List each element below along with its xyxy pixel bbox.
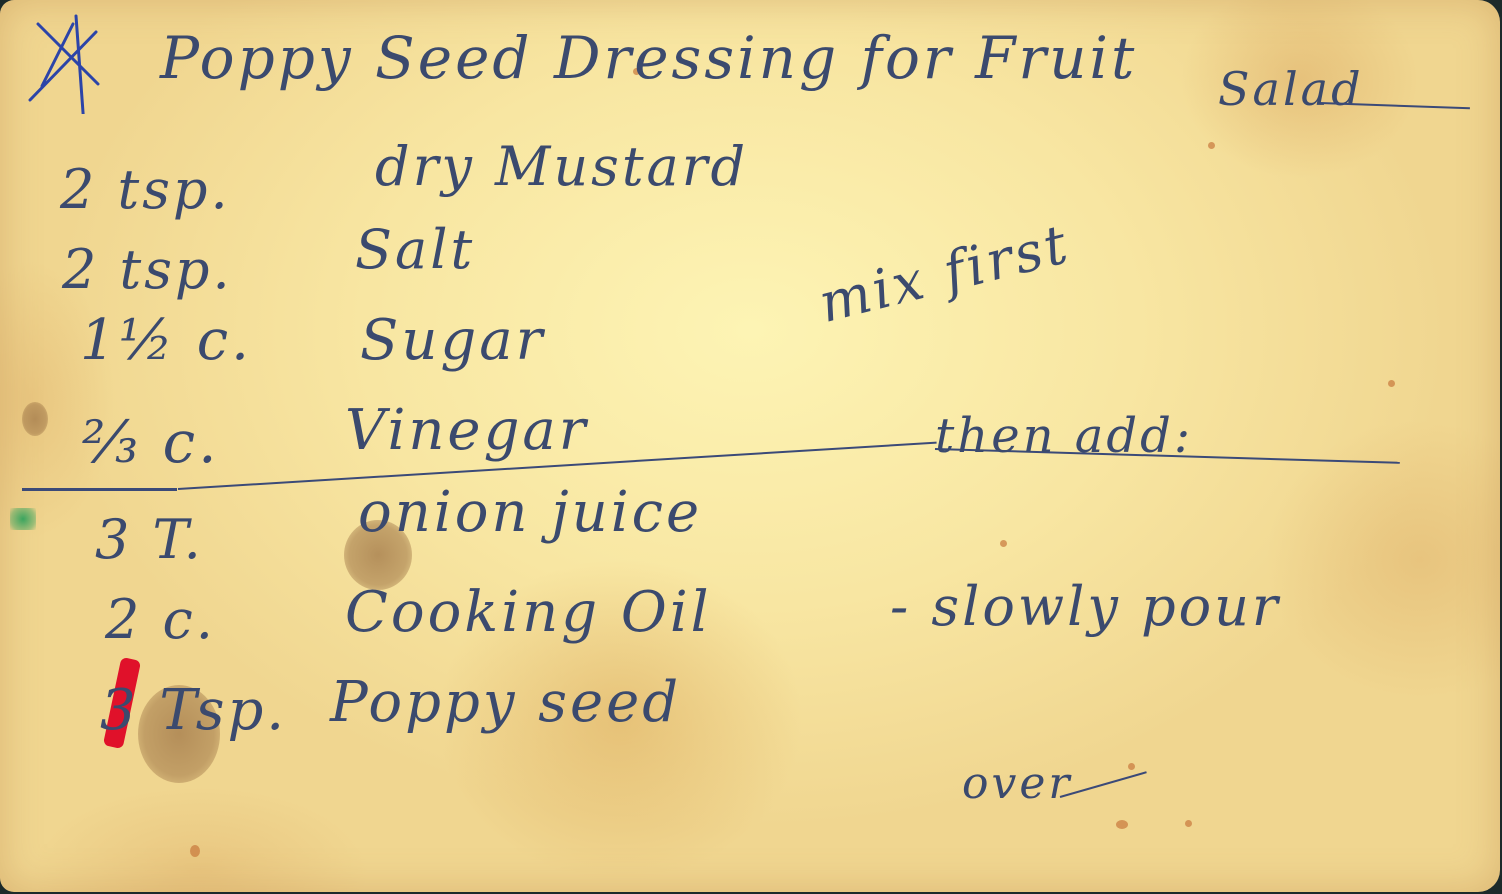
divider-short [22,488,177,491]
ingredient-item: Salt [355,218,475,281]
ingredient-qty: 3 T. [95,508,204,571]
ingredient-qty: 1½ c. [80,308,252,373]
ingredient-item: Cooking Oil [345,580,712,645]
speck [1128,763,1135,770]
ingredient-qty: 2 tsp. [62,238,233,301]
ingredient-item: onion juice [358,480,702,545]
green-mark [10,508,36,530]
then-add-note: then add: [935,408,1193,464]
ingredient-qty: 2 c. [105,588,216,651]
speck [1388,380,1395,387]
ingredient-note: - slowly pour [890,575,1281,638]
ingredient-item: Poppy seed [330,670,681,735]
star-icon [28,14,108,114]
oil-stain [22,402,48,436]
ingredient-item: dry Mustard [375,135,748,198]
speck [1208,142,1215,149]
speck [190,845,200,857]
recipe-card: Poppy Seed Dressing for Fruit Salad 2 ts… [0,0,1500,892]
ingredient-qty: ⅔ c. [82,408,220,476]
ingredient-qty: 3 Tsp. [100,678,287,743]
speck [1185,820,1192,827]
ingredient-item: Vinegar [345,398,589,463]
recipe-title-line2: Salad [1218,62,1364,116]
speck [1000,540,1007,547]
over-flourish [1060,771,1147,798]
ingredient-qty: 2 tsp. [60,158,231,221]
over-note: over [962,758,1072,809]
ingredient-item: Sugar [360,308,545,373]
mix-first-note: mix first [813,212,1076,335]
speck [1116,820,1128,829]
recipe-title: Poppy Seed Dressing for Fruit [160,24,1137,92]
